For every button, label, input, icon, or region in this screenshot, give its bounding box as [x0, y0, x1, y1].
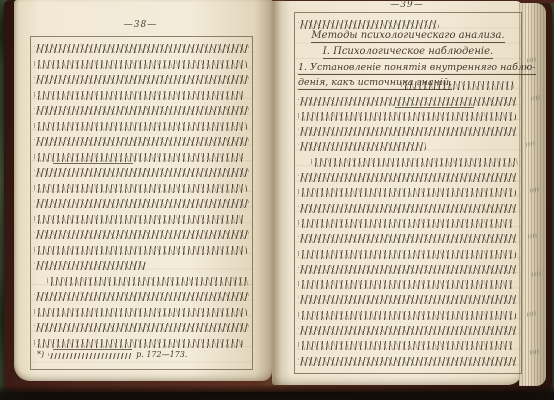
handwriting-line	[298, 127, 518, 136]
handwriting-line	[34, 261, 146, 270]
handwriting-line	[34, 292, 249, 301]
handwriting-line	[34, 199, 249, 208]
handwriting-line	[298, 219, 514, 228]
handwriting-line	[298, 234, 518, 243]
handwriting-line	[34, 246, 247, 255]
handwriting-line	[298, 326, 518, 335]
handwriting-line	[34, 91, 245, 100]
handwriting-line	[298, 20, 439, 29]
text-frame-left: *) p. 172—173.	[30, 36, 253, 370]
handwriting-line	[34, 153, 245, 162]
handwriting-line	[34, 215, 245, 224]
handwriting-line	[48, 353, 132, 359]
handwriting-line	[34, 60, 247, 69]
chapter-heading-text: Методы психологическаго анализа.	[311, 30, 504, 43]
handwriting-line	[311, 158, 518, 167]
page-number-right: —39—	[294, 0, 520, 10]
handwriting-line	[34, 122, 247, 131]
handwriting-line	[34, 137, 249, 146]
handwriting-line	[298, 204, 518, 213]
handwriting-line	[34, 168, 249, 177]
lead-sentence-line1: 1. Установленіе понятія внутренняго набл…	[298, 62, 524, 73]
section-heading: I. Психологическое наблюденіе.	[295, 46, 521, 57]
handwriting-line	[34, 230, 249, 239]
footnote: *) p. 172—173.	[37, 350, 187, 359]
handwriting-line	[298, 295, 518, 304]
handwriting-line	[298, 280, 514, 289]
lead-sentence-line1-text: 1. Установленіе понятія внутренняго набл…	[298, 62, 536, 75]
handwriting-line	[298, 173, 518, 182]
handwriting-line	[34, 184, 247, 193]
page-number-left: —38—	[30, 20, 251, 30]
handwriting-line	[298, 341, 514, 350]
footnote-marker: *)	[37, 350, 44, 359]
handwriting-line	[298, 265, 518, 274]
handwriting-line	[34, 44, 249, 53]
section-heading-text: I. Психологическое наблюденіе.	[323, 46, 493, 59]
lead-sentence-line2-text: денія, какъ источника знаній.	[298, 77, 452, 90]
handwriting-line	[298, 142, 426, 151]
chapter-heading: Методы психологическаго анализа.	[295, 30, 521, 41]
handwriting-line	[34, 75, 249, 84]
gutter-shadow	[254, 0, 292, 386]
photo-open-manuscript-book: —38— —39— *) p. 172—173. Методы психолог…	[0, 0, 554, 400]
handwriting-line	[34, 308, 247, 317]
handwriting-line	[298, 188, 516, 197]
handwriting-line	[298, 311, 516, 320]
handwriting-line	[298, 112, 516, 121]
handwriting-block-left	[34, 37, 249, 369]
handwriting-line	[298, 357, 518, 366]
lead-sentence-line2: денія, какъ источника знаній.	[298, 77, 524, 88]
handwriting-line	[298, 97, 518, 106]
handwriting-line	[34, 323, 249, 332]
handwriting-line	[298, 250, 516, 259]
handwriting-line	[47, 277, 249, 286]
cast-shadow	[0, 385, 554, 400]
footnote-reference: p. 172—173.	[136, 350, 187, 359]
handwriting-line	[34, 339, 243, 348]
text-frame-right: Методы психологическаго анализа. I. Псих…	[294, 12, 522, 374]
handwriting-line	[34, 106, 249, 115]
